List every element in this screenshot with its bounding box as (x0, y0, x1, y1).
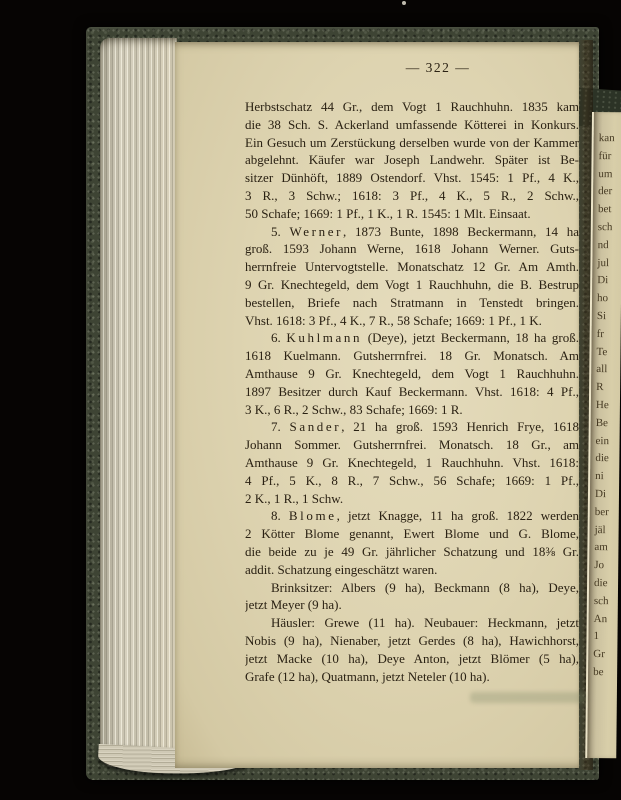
text-line: Amthause 9 Gr. Knechtegeld, 1 Rauchhuhn.… (245, 454, 579, 472)
text-segment: 5. (271, 224, 289, 239)
text-line: 6. Kuhlmann (Deye), jetzt Beckermann, 18… (245, 329, 579, 347)
paragraph: 6. Kuhlmann (Deye), jetzt Beckermann, 18… (245, 329, 579, 418)
emphasized-name: Sander (290, 419, 342, 434)
text-line: sitzer Dünhöft, 1889 Ostendorf. Vhst. 15… (245, 169, 579, 187)
text-segment: 9 Gr. Knechtegeld, dem Vogt 1 Rauchhuhn,… (245, 277, 579, 292)
text-segment: herrnfreie Untervogtstelle. Monatschatz … (245, 259, 579, 274)
page-edge-stack (100, 38, 177, 767)
text-segment: 7. (271, 419, 290, 434)
paragraph: 7. Sander, 21 ha groß. 1593 Henrich Frye… (245, 418, 579, 507)
text-line: Nobis (9 ha), Nienaber, jetzt Gerdes (8 … (245, 632, 579, 650)
text-line: 3 R., 3 Schw.; 1618: 3 Pf., 4 K., 5 R., … (245, 187, 579, 205)
text-segment: (Deye), jetzt Beckermann, 18 ha groß. (362, 330, 579, 345)
next-page-text-fragment: für (593, 148, 621, 166)
next-page-text-fragment: Gr (588, 646, 617, 664)
text-line: Grafe (12 ha), Quatmann, jetzt Neteler (… (245, 668, 579, 686)
next-page-text-fragment: all (591, 361, 620, 379)
text-line: die beide zu je 49 Gr. jährlicher Schatz… (245, 543, 579, 561)
next-page-text-fragment: Jo (589, 557, 618, 575)
facing-page-strip: kanfürumderbetschndjulDihoSifrTeallRHeBe… (585, 112, 621, 758)
paragraph: Herbstschatz 44 Gr., dem Vogt 1 Rauchhuh… (245, 98, 579, 223)
text-segment: 1897 Besitzer durch Kauf Beckermann. Vhs… (245, 384, 579, 399)
text-segment: Amthause 9 Gr. Knechtegeld, dem Vogt 1 R… (245, 366, 579, 381)
next-page-text-fragment: ho (592, 290, 621, 308)
next-page-text-fragment: ber (590, 504, 619, 522)
next-page-text-fragment: sch (593, 219, 621, 237)
text-segment: Grafe (12 ha), Quatmann, jetzt Neteler (… (245, 669, 490, 684)
text-line: 50 Schafe; 1669: 1 Pf., 1 K., 1 R. 1545:… (245, 205, 579, 223)
text-segment: addit. Schatzung eingeschätzt waren. (245, 562, 437, 577)
text-line: jetzt Macke (10 ha), Deye Anton, jetzt B… (245, 650, 579, 668)
text-segment: bestellen, Briefe nach Stratmann in Tens… (245, 295, 579, 310)
text-line: addit. Schatzung eingeschätzt waren. (245, 561, 579, 579)
text-segment: 8. (271, 508, 289, 523)
text-line: Herbstschatz 44 Gr., dem Vogt 1 Rauchhuh… (245, 98, 579, 116)
next-page-text-fragment: jul (592, 255, 621, 273)
text-segment: sitzer Dünhöft, 1889 Ostendorf. Vhst. 15… (245, 170, 579, 185)
next-page-text-fragment: Be (591, 415, 620, 433)
text-segment: Nobis (9 ha), Nienaber, jetzt Gerdes (8 … (245, 633, 579, 648)
text-segment: , 21 ha groß. 1593 Henrich Frye, 1618 (341, 419, 579, 434)
text-segment: 1618 Kuelmann. Gutsherrnfrei. 18 Gr. Mon… (245, 348, 579, 363)
text-line: Johann Sommer. Gutsherrnfrei. Monatsch. … (245, 436, 579, 454)
text-segment: groß. 1593 Johann Werne, 1618 Johann Wer… (245, 241, 579, 256)
text-segment: Amthause 9 Gr. Knechtegeld, 1 Rauchhuhn.… (245, 455, 579, 470)
text-segment: die beide zu je 49 Gr. jährlicher Schatz… (245, 544, 579, 559)
page-number: — 322 — (175, 59, 605, 76)
text-segment: 2 K., 1 R., 1 Schw. (245, 491, 343, 506)
next-page-text-fragment: am (589, 539, 618, 557)
text-segment: die 38 Sch. S. Ackerland umfassende Kött… (245, 117, 579, 132)
text-segment: Johann Sommer. Gutsherrnfrei. Monatsch. … (245, 437, 579, 452)
emphasized-name: Kuhlmann (286, 330, 362, 345)
text-line: 5. Werner, 1873 Bunte, 1898 Beckermann, … (245, 223, 579, 241)
next-page-text-fragment: be (588, 664, 617, 682)
book-page: — 322 — Herbstschatz 44 Gr., dem Vogt 1 … (175, 42, 579, 768)
text-line: 1618 Kuelmann. Gutsherrnfrei. 18 Gr. Mon… (245, 347, 579, 365)
next-page-text-fragment: nd (593, 237, 621, 255)
next-page-text-fragment: Si (592, 308, 621, 326)
text-line: Amthause 9 Gr. Knechtegeld, dem Vogt 1 R… (245, 365, 579, 383)
text-segment: abgelehnt. Käufer war Joseph Landwehr. S… (245, 152, 579, 167)
paragraph: Brinksitzer: Albers (9 ha), Beckmann (8 … (245, 579, 579, 615)
text-line: Brinksitzer: Albers (9 ha), Beckmann (8 … (245, 579, 579, 597)
text-line: 1897 Besitzer durch Kauf Beckermann. Vhs… (245, 383, 579, 401)
text-segment: 2 Kötter Blome genannt, Ewert Blome und … (245, 526, 579, 541)
next-page-text-fragment: Te (591, 344, 620, 362)
text-segment: jetzt Meyer (9 ha). (245, 597, 342, 612)
text-line: Häusler: Grewe (11 ha). Neubauer: Heckma… (245, 614, 579, 632)
paragraph: Häusler: Grewe (11 ha). Neubauer: Heckma… (245, 614, 579, 685)
next-page-text-fragment: fr (592, 326, 621, 344)
text-line: 2 K., 1 R., 1 Schw. (245, 490, 579, 508)
paragraph: 5. Werner, 1873 Bunte, 1898 Beckermann, … (245, 223, 579, 330)
text-line: abgelehnt. Käufer war Joseph Landwehr. S… (245, 151, 579, 169)
text-segment: 3 R., 3 Schw.; 1618: 3 Pf., 4 K., 5 R., … (245, 188, 579, 203)
next-page-text-fragment: bet (593, 201, 621, 219)
text-segment: Häusler: Grewe (11 ha). Neubauer: Heckma… (271, 615, 579, 630)
text-line: bestellen, Briefe nach Stratmann in Tens… (245, 294, 579, 312)
next-page-text-fragment: He (591, 397, 620, 415)
text-line: 9 Gr. Knechtegeld, dem Vogt 1 Rauchhuhn,… (245, 276, 579, 294)
text-segment: Vhst. 1618: 3 Pf., 4 K., 7 R., 58 Schafe… (245, 313, 542, 328)
text-segment: 50 Schafe; 1669: 1 Pf., 1 K., 1 R. 1545:… (245, 206, 531, 221)
text-segment: 6. (271, 330, 286, 345)
next-page-text-fragment: die (589, 575, 618, 593)
next-page-text-fragment: ni (590, 468, 619, 486)
next-page-text-fragment: ein (590, 433, 619, 451)
text-line: Ein Gesuch um Zerstückung derselben wurd… (245, 134, 579, 152)
next-page-text-fragment: An (589, 611, 618, 629)
text-segment: 4 Pf., 5 K., 8 R., 7 Schw., 56 Schafe; 1… (245, 473, 579, 488)
next-page-text-fragment: Di (592, 272, 621, 290)
text-line: Vhst. 1618: 3 Pf., 4 K., 7 R., 58 Schafe… (245, 312, 579, 330)
text-line: jetzt Meyer (9 ha). (245, 596, 579, 614)
text-line: 3 K., 6 R., 2 Schw., 83 Schafe; 1669: 1 … (245, 401, 579, 419)
text-segment: Ein Gesuch um Zerstückung derselben wurd… (245, 135, 579, 150)
paragraph: 8. Blome, jetzt Knagge, 11 ha groß. 1822… (245, 507, 579, 578)
text-segment: , jetzt Knagge, 11 ha groß. 1822 werden (337, 508, 579, 523)
text-segment: Herbstschatz 44 Gr., dem Vogt 1 Rauchhuh… (245, 99, 579, 114)
text-line: 8. Blome, jetzt Knagge, 11 ha groß. 1822… (245, 507, 579, 525)
next-page-text-fragment: der (593, 183, 621, 201)
text-segment: , 1873 Bunte, 1898 Beckermann, 14 ha (343, 224, 579, 239)
next-page-text-fragment: um (593, 166, 621, 184)
text-line: 2 Kötter Blome genannt, Ewert Blome und … (245, 525, 579, 543)
text-line: groß. 1593 Johann Werne, 1618 Johann Wer… (245, 240, 579, 258)
text-segment: Brinksitzer: Albers (9 ha), Beckmann (8 … (271, 580, 579, 595)
next-page-text-fragment: 1 (588, 628, 617, 646)
text-line: die 38 Sch. S. Ackerland umfassende Kött… (245, 116, 579, 134)
next-page-text-fragment: sch (589, 593, 618, 611)
book-photo: — 322 — Herbstschatz 44 Gr., dem Vogt 1 … (0, 0, 621, 800)
next-page-text-fragment: kan (594, 130, 621, 148)
next-page-text-fragment: jäl (590, 522, 619, 540)
ink-bleedthrough-mark (470, 692, 586, 703)
dust-speck (402, 1, 406, 5)
text-segment: jetzt Macke (10 ha), Deye Anton, jetzt B… (245, 651, 579, 666)
text-line: 4 Pf., 5 K., 8 R., 7 Schw., 56 Schafe; 1… (245, 472, 579, 490)
text-segment: 3 K., 6 R., 2 Schw., 83 Schafe; 1669: 1 … (245, 402, 463, 417)
next-page-text-fragment: Di (590, 486, 619, 504)
page-text: Herbstschatz 44 Gr., dem Vogt 1 Rauchhuh… (245, 98, 579, 685)
emphasized-name: Blome (289, 508, 337, 523)
next-page-text-fragment: R (591, 379, 620, 397)
text-line: 7. Sander, 21 ha groß. 1593 Henrich Frye… (245, 418, 579, 436)
emphasized-name: Werner (289, 224, 343, 239)
next-page-text-fragment: die (590, 450, 619, 468)
text-line: herrnfreie Untervogtstelle. Monatschatz … (245, 258, 579, 276)
